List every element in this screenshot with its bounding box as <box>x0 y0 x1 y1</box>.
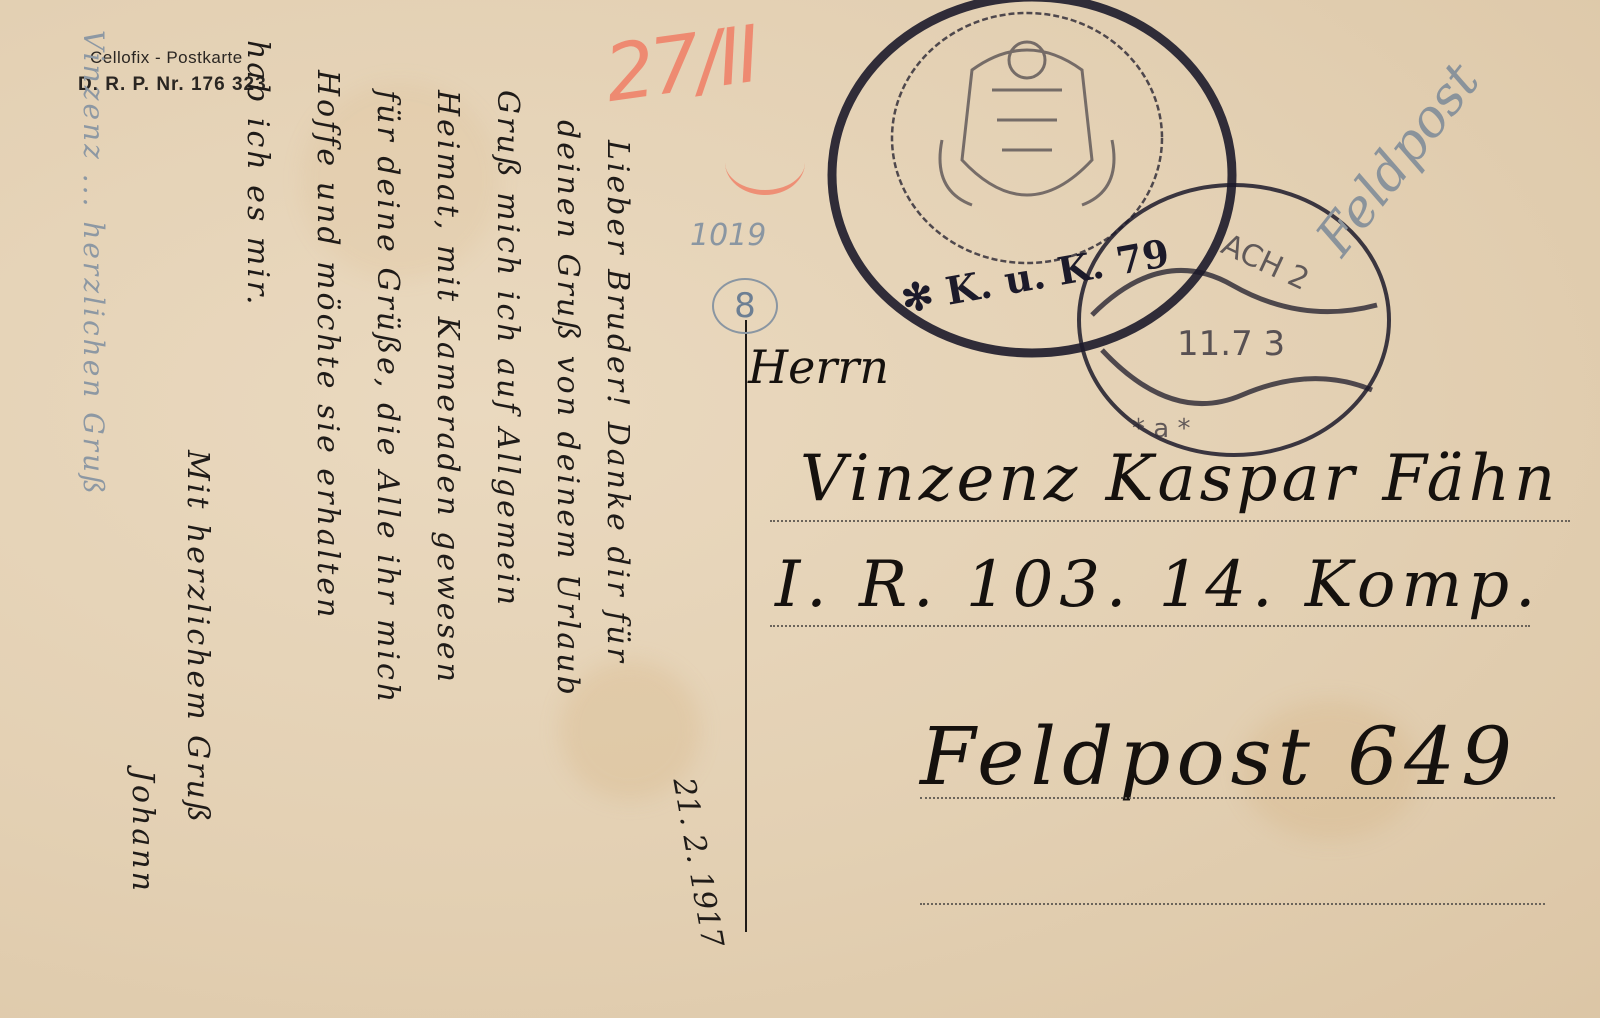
message-line: Gruß mich ich auf Allgemein <box>490 90 525 608</box>
address-rule-3 <box>920 797 1555 799</box>
message-line: Johann <box>125 770 160 894</box>
address-rule-4 <box>920 903 1545 905</box>
svg-text:* a *: * a * <box>1132 414 1190 444</box>
message-line: für deine Grüße, die Alle ihr mich <box>370 90 405 705</box>
message-line: deinen Gruß von deinem Urlaub <box>550 120 585 698</box>
message-line: Hoffe und möchte sie erhalten <box>310 70 345 620</box>
circled-number-value: 8 <box>734 286 756 326</box>
message-line: Lieber Bruder! Danke dir für <box>600 140 635 665</box>
archive-number: 1019 <box>690 218 766 253</box>
message-line: Mit herzlichem Gruß <box>180 450 215 825</box>
address-unit: I. R. 103. 14. Komp. <box>775 548 1541 622</box>
svg-text:ACH 2: ACH 2 <box>1216 227 1314 298</box>
message-line: hab ich es mir. <box>240 40 275 308</box>
address-rule-1 <box>770 520 1570 522</box>
circled-number: 8 <box>712 278 778 334</box>
address-recipient-name: Vinzenz Kaspar Fähn <box>800 442 1559 516</box>
message-line: Heimat, mit Kameraden gewesen <box>430 90 465 685</box>
svg-text:11.7 3: 11.7 3 <box>1177 324 1285 364</box>
red-pencil-mark: 27/II <box>599 10 762 120</box>
address-salutation: Herrn <box>748 340 889 394</box>
divider-line <box>745 320 747 932</box>
pencil-note-feldpost: Feldpost <box>1305 52 1491 267</box>
message-area: Lieber Bruder! Danke dir für deinen Gruß… <box>20 30 720 1010</box>
postcard: Cellofix - Postkarte D. R. P. Nr. 176 32… <box>0 0 1600 1018</box>
message-line-pencil: Vinzenz ... herzlichen Gruß <box>77 30 110 497</box>
red-pencil-underline <box>725 130 805 195</box>
address-feldpost: Feldpost 649 <box>920 710 1518 803</box>
address-rule-2 <box>770 625 1530 627</box>
